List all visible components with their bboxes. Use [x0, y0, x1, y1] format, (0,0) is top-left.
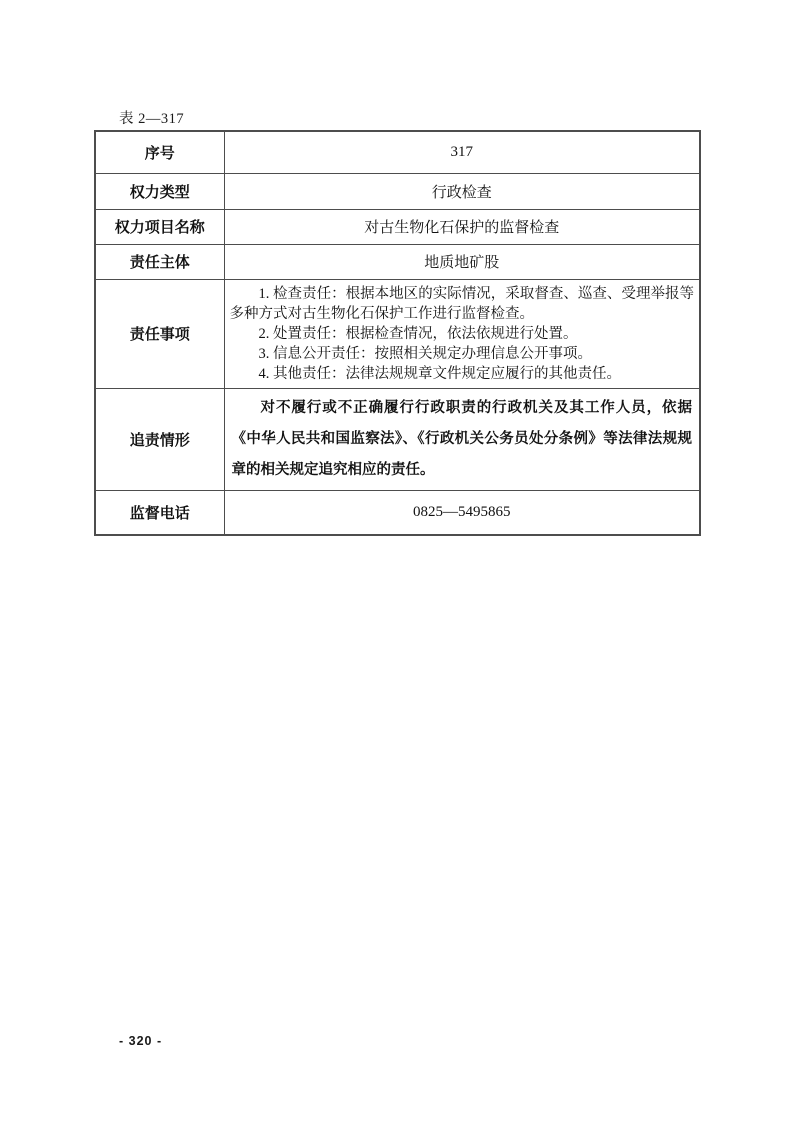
table-row: 责任主体 地质地矿股: [95, 244, 700, 279]
row-label-power-type: 权力类型: [95, 173, 224, 209]
table-caption: 表 2—317: [119, 107, 184, 128]
table-row: 权力类型 行政检查: [95, 173, 700, 209]
table-row: 监督电话 0825—5495865: [95, 490, 700, 535]
row-label-serial-number: 序号: [95, 131, 224, 173]
serial-number-value: 317: [224, 131, 700, 173]
responsibility-item-3: 3. 信息公开责任：按照相关规定办理信息公开事项。: [230, 344, 695, 364]
responsibility-item-4: 4. 其他责任：法律法规规章文件规定应履行的其他责任。: [230, 364, 695, 384]
table-row: 责任事项 1. 检查责任：根据本地区的实际情况，采取督查、巡查、受理举报等多种方…: [95, 279, 700, 388]
row-label-responsibility-items: 责任事项: [95, 279, 224, 388]
row-label-responsible-body: 责任主体: [95, 244, 224, 279]
responsible-body-value: 地质地矿股: [224, 244, 700, 279]
document-page: 表 2—317 序号 317 权力类型 行政检查 权力项目名称 对古生物化石保护…: [0, 0, 793, 1122]
responsibility-item-1: 1. 检查责任：根据本地区的实际情况，采取督查、巡查、受理举报等多种方式对古生物…: [230, 284, 695, 324]
supervision-phone-value: 0825—5495865: [224, 490, 700, 535]
table-row: 序号 317: [95, 131, 700, 173]
power-type-value: 行政检查: [224, 173, 700, 209]
row-label-power-item-name: 权力项目名称: [95, 209, 224, 244]
responsibility-items-cell: 1. 检查责任：根据本地区的实际情况，采取督查、巡查、受理举报等多种方式对古生物…: [224, 279, 700, 388]
row-label-accountability-circumstances: 追责情形: [95, 388, 224, 490]
accountability-circumstances-cell: 对不履行或不正确履行行政职责的行政机关及其工作人员，依据《中华人民共和国监察法》…: [224, 388, 700, 490]
row-label-supervision-phone: 监督电话: [95, 490, 224, 535]
responsibility-item-2: 2. 处置责任：根据检查情况，依法依规进行处置。: [230, 324, 695, 344]
page-number: - 320 -: [119, 1034, 162, 1048]
power-responsibility-table: 序号 317 权力类型 行政检查 权力项目名称 对古生物化石保护的监督检查 责任…: [94, 130, 701, 536]
table-row: 追责情形 对不履行或不正确履行行政职责的行政机关及其工作人员，依据《中华人民共和…: [95, 388, 700, 490]
power-item-name-value: 对古生物化石保护的监督检查: [224, 209, 700, 244]
accountability-circumstances-text: 对不履行或不正确履行行政职责的行政机关及其工作人员，依据《中华人民共和国监察法》…: [232, 393, 693, 486]
table-row: 权力项目名称 对古生物化石保护的监督检查: [95, 209, 700, 244]
